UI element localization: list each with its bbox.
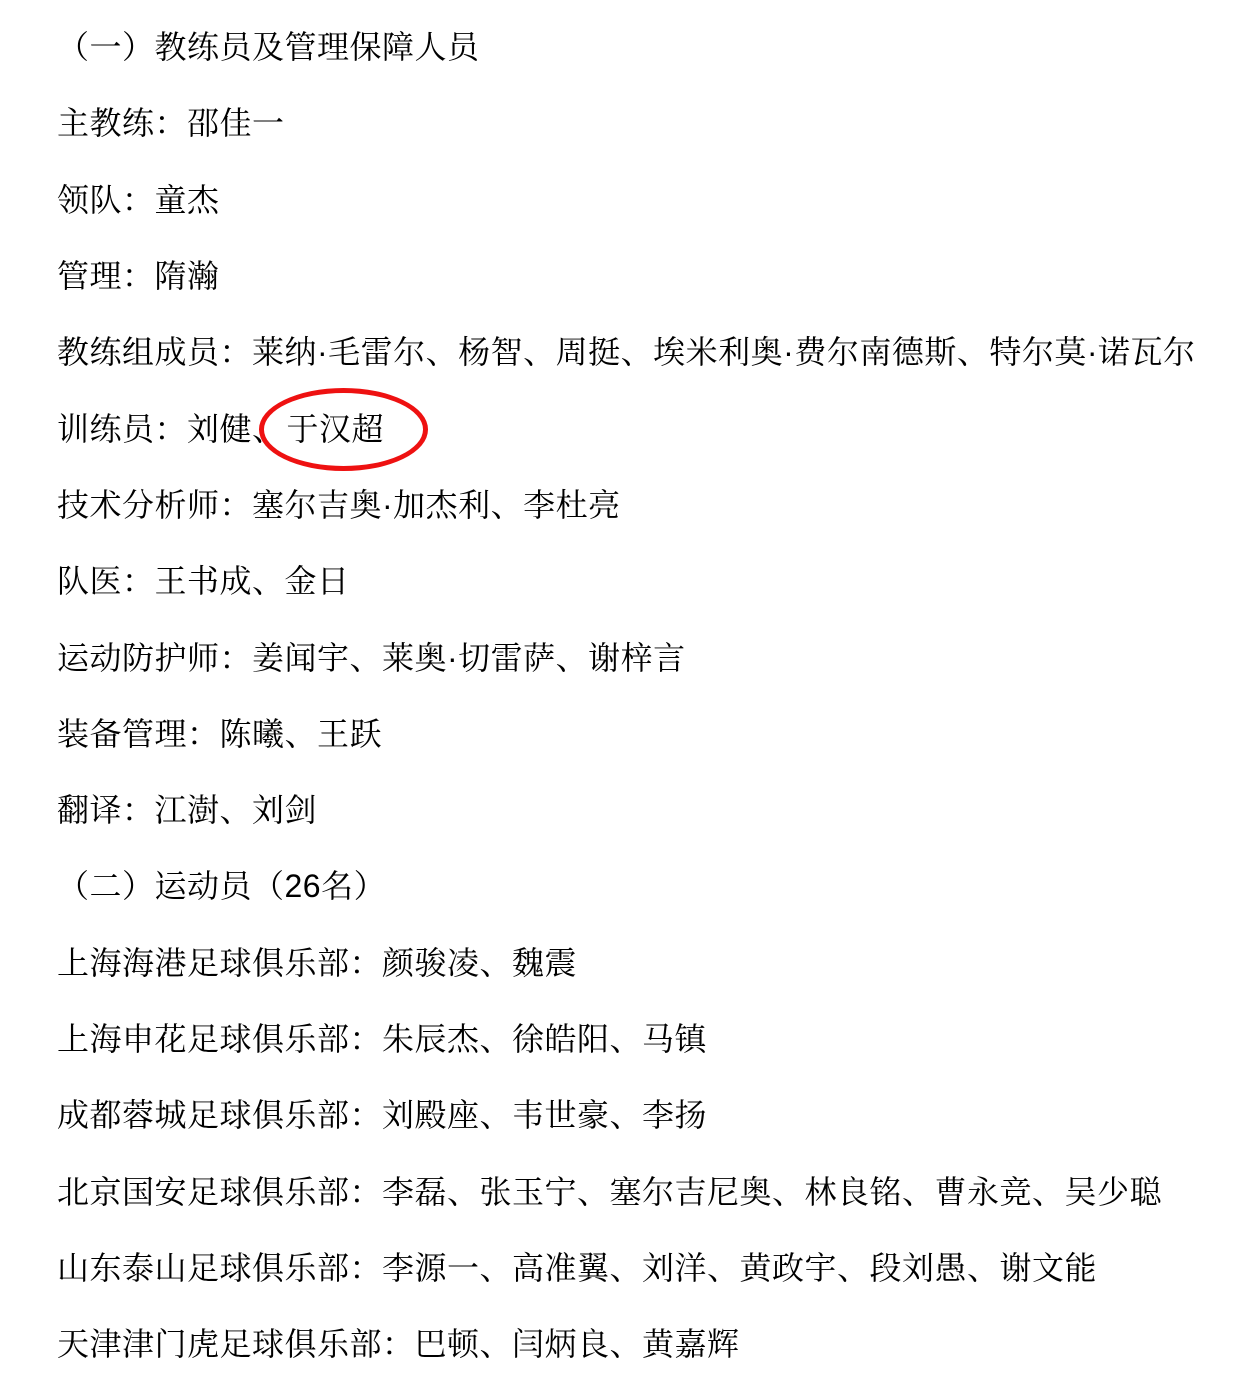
line-trainers: 训练员：刘健、 于汉超 bbox=[57, 388, 1204, 464]
technical-analysts-text: 技术分析师：塞尔吉奥·加杰利、李杜亮 bbox=[57, 480, 621, 526]
athletic-trainers-text: 运动防护师：姜闻宇、莱奥·切雷萨、谢梓言 bbox=[57, 633, 686, 679]
line-translators: 翻译：江澍、刘剑 bbox=[57, 770, 1204, 846]
shanghai-shenhua-text: 上海申花足球俱乐部：朱辰杰、徐皓阳、马镇 bbox=[57, 1014, 707, 1060]
shandong-taishan-text: 山东泰山足球俱乐部：李源一、高准翼、刘洋、黄政宇、段刘愚、谢文能 bbox=[57, 1243, 1097, 1289]
line-technical-analysts: 技术分析师：塞尔吉奥·加杰利、李杜亮 bbox=[57, 465, 1204, 541]
circled-name: 于汉超 bbox=[285, 404, 387, 450]
chengdu-rongcheng-text: 成都蓉城足球俱乐部：刘殿座、韦世豪、李扬 bbox=[57, 1090, 707, 1136]
team-doctors-text: 队医：王书成、金日 bbox=[57, 556, 350, 602]
line-beijing-guoan: 北京国安足球俱乐部：李磊、张玉宁、塞尔吉尼奥、林良铭、曹永竞、吴少聪 bbox=[57, 1151, 1204, 1227]
line-team-leader: 领队：童杰 bbox=[57, 160, 1204, 236]
manager-text: 管理：隋瀚 bbox=[57, 251, 220, 297]
beijing-guoan-text: 北京国安足球俱乐部：李磊、张玉宁、塞尔吉尼奥、林良铭、曹永竞、吴少聪 bbox=[57, 1167, 1162, 1213]
coaching-staff-text: 教练组成员：莱纳·毛雷尔、杨智、周挺、埃米利奥·费尔南德斯、特尔莫·诺瓦尔 bbox=[57, 327, 1195, 373]
circled-name-text: 于汉超 bbox=[287, 411, 385, 447]
line-coaching-staff: 教练组成员：莱纳·毛雷尔、杨智、周挺、埃米利奥·费尔南德斯、特尔莫·诺瓦尔 bbox=[57, 312, 1204, 388]
heading-staff-text: （一）教练员及管理保障人员 bbox=[57, 22, 480, 68]
team-leader-text: 领队：童杰 bbox=[57, 175, 220, 221]
heading-players-text: （二）运动员（26名） bbox=[57, 861, 386, 907]
heading-staff-section: （一）教练员及管理保障人员 bbox=[57, 7, 1204, 83]
document-page: （一）教练员及管理保障人员 主教练：邵佳一 领队：童杰 管理：隋瀚 教练组成员：… bbox=[0, 0, 1234, 1380]
equipment-managers-text: 装备管理：陈曦、王跃 bbox=[57, 709, 382, 755]
line-chengdu-rongcheng: 成都蓉城足球俱乐部：刘殿座、韦世豪、李扬 bbox=[57, 1075, 1204, 1151]
line-manager: 管理：隋瀚 bbox=[57, 236, 1204, 312]
line-team-doctors: 队医：王书成、金日 bbox=[57, 541, 1204, 617]
translators-text: 翻译：江澍、刘剑 bbox=[57, 785, 317, 831]
line-shandong-taishan: 山东泰山足球俱乐部：李源一、高准翼、刘洋、黄政宇、段刘愚、谢文能 bbox=[57, 1228, 1204, 1304]
trainers-text: 训练员：刘健、 bbox=[57, 404, 285, 450]
line-head-coach: 主教练：邵佳一 bbox=[57, 83, 1204, 159]
line-shanghai-shenhua: 上海申花足球俱乐部：朱辰杰、徐皓阳、马镇 bbox=[57, 999, 1204, 1075]
line-athletic-trainers: 运动防护师：姜闻宇、莱奥·切雷萨、谢梓言 bbox=[57, 617, 1204, 693]
line-shanghai-port: 上海海港足球俱乐部：颜骏凌、魏震 bbox=[57, 923, 1204, 999]
shanghai-port-text: 上海海港足球俱乐部：颜骏凌、魏震 bbox=[57, 938, 577, 984]
head-coach-text: 主教练：邵佳一 bbox=[57, 98, 285, 144]
heading-players-section: （二）运动员（26名） bbox=[57, 846, 1204, 922]
line-equipment-managers: 装备管理：陈曦、王跃 bbox=[57, 694, 1204, 770]
line-tianjin-jinmenhu: 天津津门虎足球俱乐部：巴顿、闫炳良、黄嘉辉 bbox=[57, 1304, 1204, 1380]
tianjin-jinmenhu-text: 天津津门虎足球俱乐部：巴顿、闫炳良、黄嘉辉 bbox=[57, 1319, 740, 1365]
